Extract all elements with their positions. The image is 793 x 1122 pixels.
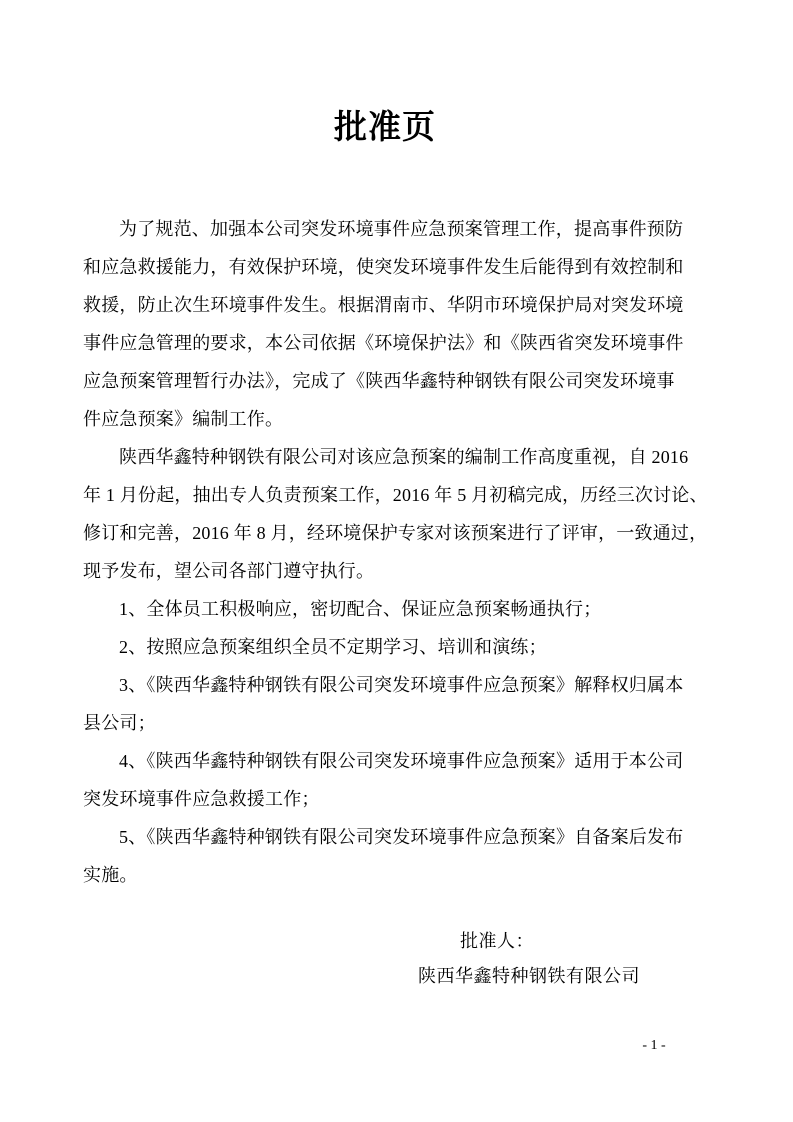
approver-label: 批准人：: [460, 922, 534, 960]
paragraph-block: 为了规范、加强本公司突发环境事件应急预案管理工作，提高事件预防和应急救援能力，有…: [83, 210, 707, 438]
text-line: 3、《陕西华鑫特种钢铁有限公司突发环境事件应急预案》解释权归属本: [83, 666, 707, 704]
paragraph-block: 3、《陕西华鑫特种钢铁有限公司突发环境事件应急预案》解释权归属本县公司；: [83, 666, 707, 742]
text-line: 2、按照应急预案组织全员不定期学习、培训和演练；: [83, 628, 707, 666]
text-line: 救援，防止次生环境事件发生。根据渭南市、华阴市环境保护局对突发环境: [83, 286, 707, 324]
text-line: 4、《陕西华鑫特种钢铁有限公司突发环境事件应急预案》适用于本公司: [83, 742, 707, 780]
paragraph-block: 5、《陕西华鑫特种钢铁有限公司突发环境事件应急预案》自备案后发布实施。: [83, 818, 707, 894]
text-line: 件应急预案》编制工作。: [83, 400, 707, 438]
text-line: 事件应急管理的要求，本公司依据《环境保护法》和《陕西省突发环境事件: [83, 324, 707, 362]
text-line: 为了规范、加强本公司突发环境事件应急预案管理工作，提高事件预防: [83, 210, 707, 248]
text-line: 和应急救援能力，有效保护环境，使突发环境事件发生后能得到有效控制和: [83, 248, 707, 286]
text-line: 年 1 月份起，抽出专人负责预案工作，2016 年 5 月初稿完成，历经三次讨论…: [83, 476, 707, 514]
document-page: 批准页 为了规范、加强本公司突发环境事件应急预案管理工作，提高事件预防和应急救援…: [0, 0, 793, 1122]
paragraph-block: 陕西华鑫特种钢铁有限公司对该应急预案的编制工作高度重视，自 2016年 1 月份…: [83, 438, 707, 590]
text-line: 实施。: [83, 856, 707, 894]
paragraph-block: 2、按照应急预案组织全员不定期学习、培训和演练；: [83, 628, 707, 666]
text-line: 应急预案管理暂行办法》，完成了《陕西华鑫特种钢铁有限公司突发环境事: [83, 362, 707, 400]
text-line: 县公司；: [83, 704, 707, 742]
page-title: 批准页: [0, 107, 793, 147]
text-line: 5、《陕西华鑫特种钢铁有限公司突发环境事件应急预案》自备案后发布: [83, 818, 707, 856]
text-line: 修订和完善，2016 年 8 月，经环境保护专家对该预案进行了评审，一致通过，: [83, 514, 707, 552]
document-body: 为了规范、加强本公司突发环境事件应急预案管理工作，提高事件预防和应急救援能力，有…: [83, 210, 707, 894]
text-line: 陕西华鑫特种钢铁有限公司对该应急预案的编制工作高度重视，自 2016: [83, 438, 707, 476]
text-line: 现予发布，望公司各部门遵守执行。: [83, 552, 707, 590]
page-number: - 1 -: [624, 1036, 684, 1056]
paragraph-block: 1、全体员工积极响应，密切配合、保证应急预案畅通执行；: [83, 590, 707, 628]
paragraph-block: 4、《陕西华鑫特种钢铁有限公司突发环境事件应急预案》适用于本公司突发环境事件应急…: [83, 742, 707, 818]
text-line: 1、全体员工积极响应，密切配合、保证应急预案畅通执行；: [83, 590, 707, 628]
company-name: 陕西华鑫特种钢铁有限公司: [418, 957, 640, 995]
text-line: 突发环境事件应急救援工作；: [83, 780, 707, 818]
